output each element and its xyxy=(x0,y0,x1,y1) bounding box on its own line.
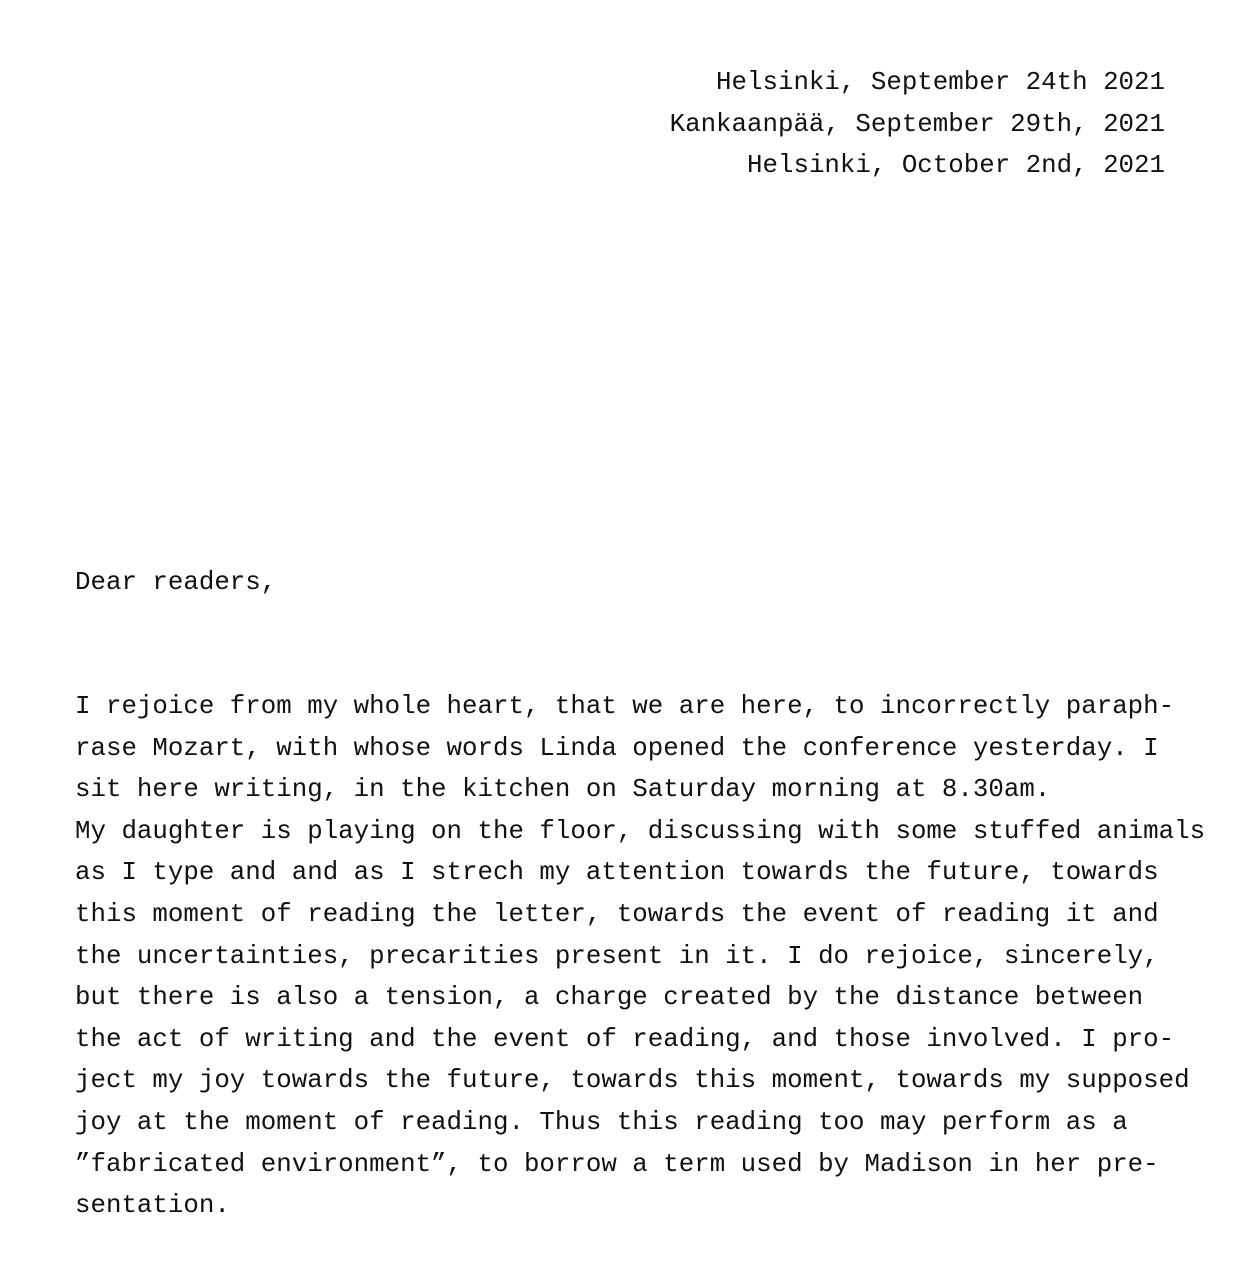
body-line: as I type and and as I strech my attenti… xyxy=(75,852,1205,894)
body-line: sit here writing, in the kitchen on Satu… xyxy=(75,769,1205,811)
dateline: Helsinki, September 24th 2021 xyxy=(670,62,1165,104)
dateline-block: Helsinki, September 24th 2021 Kankaanpää… xyxy=(670,62,1165,187)
letter-body: I rejoice from my whole heart, that we a… xyxy=(75,686,1205,1227)
dateline: Helsinki, October 2nd, 2021 xyxy=(670,145,1165,187)
body-line: I rejoice from my whole heart, that we a… xyxy=(75,686,1205,728)
salutation: Dear readers, xyxy=(75,562,276,604)
body-line: My daughter is playing on the floor, dis… xyxy=(75,811,1205,853)
body-line: this moment of reading the letter, towar… xyxy=(75,894,1205,936)
body-line: ”fabricated environment”, to borrow a te… xyxy=(75,1144,1205,1186)
body-line: but there is also a tension, a charge cr… xyxy=(75,977,1205,1019)
body-line: rase Mozart, with whose words Linda open… xyxy=(75,728,1205,770)
body-line: the uncertainties, precarities present i… xyxy=(75,936,1205,978)
letter-page: Helsinki, September 24th 2021 Kankaanpää… xyxy=(0,0,1240,1270)
body-line: the act of writing and the event of read… xyxy=(75,1019,1205,1061)
dateline: Kankaanpää, September 29th, 2021 xyxy=(670,104,1165,146)
body-line: sentation. xyxy=(75,1185,1205,1227)
body-line: ject my joy towards the future, towards … xyxy=(75,1060,1205,1102)
body-line: joy at the moment of reading. Thus this … xyxy=(75,1102,1205,1144)
